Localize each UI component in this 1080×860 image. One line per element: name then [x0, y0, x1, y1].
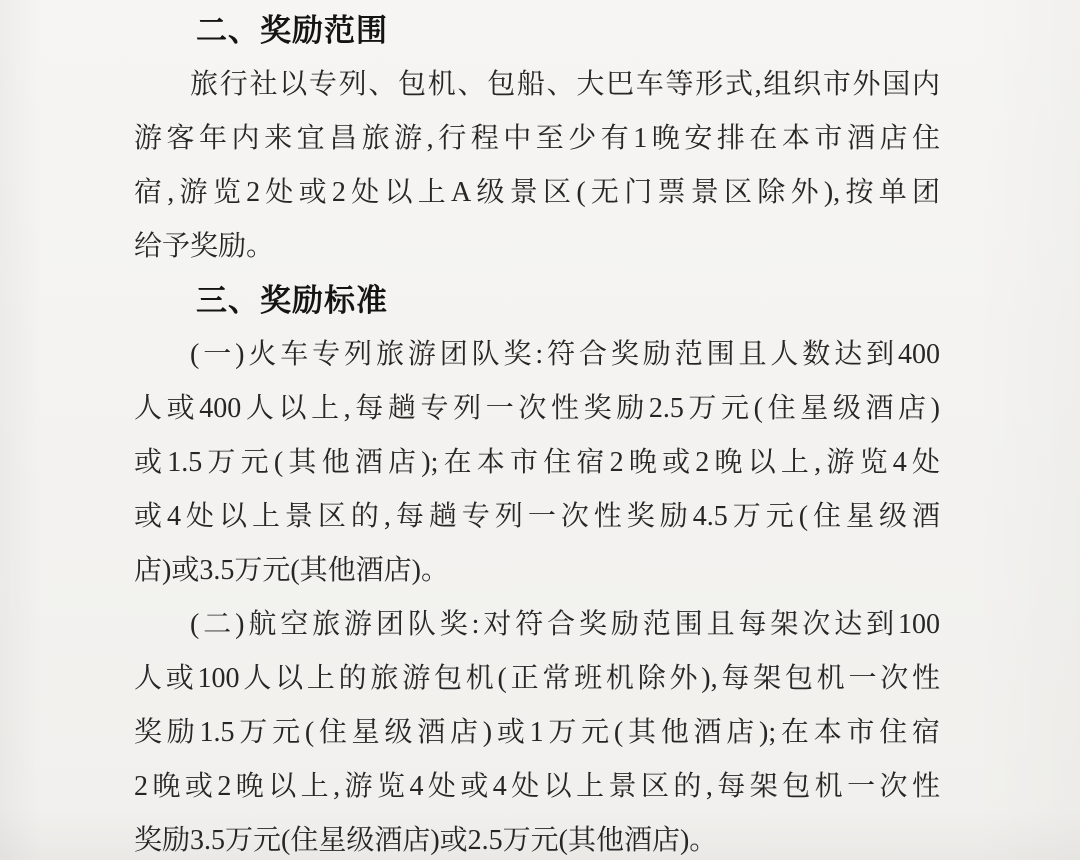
section-heading-reward-standard: 三、奖励标准 — [134, 274, 940, 328]
text-line: (一)火车专列旅游团队奖:符合奖励范围且人数达到400 — [134, 328, 940, 382]
text-line: 奖励3.5万元(住星级酒店)或2.5万元(其他酒店)。 — [134, 814, 940, 860]
text-line: (二)航空旅游团队奖:对符合奖励范围且每架次达到100 — [134, 598, 940, 652]
text-line: 给予奖励。 — [134, 220, 940, 274]
text-line: 宿,游览2处或2处以上A级景区(无门票景区除外),按单团 — [134, 166, 940, 220]
document-page: 二、奖励范围 旅行社以专列、包机、包船、大巴车等形式,组织市外国内 游客年内来宜… — [0, 0, 1080, 860]
text-line: 人或400人以上,每趟专列一次性奖励2.5万元(住星级酒店) — [134, 382, 940, 436]
text-line: 或4处以上景区的,每趟专列一次性奖励4.5万元(住星级酒 — [134, 490, 940, 544]
text-line: 游客年内来宜昌旅游,行程中至少有1晚安排在本市酒店住 — [134, 112, 940, 166]
paragraph-train-reward: (一)火车专列旅游团队奖:符合奖励范围且人数达到400 人或400人以上,每趟专… — [134, 328, 940, 598]
text-line: 或1.5万元(其他酒店);在本市住宿2晚或2晚以上,游览4处 — [134, 436, 940, 490]
document-content: 二、奖励范围 旅行社以专列、包机、包船、大巴车等形式,组织市外国内 游客年内来宜… — [134, 4, 940, 860]
paragraph-reward-scope: 旅行社以专列、包机、包船、大巴车等形式,组织市外国内 游客年内来宜昌旅游,行程中… — [134, 58, 940, 274]
text-line: 旅行社以专列、包机、包船、大巴车等形式,组织市外国内 — [134, 58, 940, 112]
paragraph-air-reward: (二)航空旅游团队奖:对符合奖励范围且每架次达到100 人或100人以上的旅游包… — [134, 598, 940, 860]
text-line: 奖励1.5万元(住星级酒店)或1万元(其他酒店);在本市住宿 — [134, 706, 940, 760]
text-line: 人或100人以上的旅游包机(正常班机除外),每架包机一次性 — [134, 652, 940, 706]
text-line: 2晚或2晚以上,游览4处或4处以上景区的,每架包机一次性 — [134, 760, 940, 814]
section-heading-reward-scope: 二、奖励范围 — [134, 4, 940, 58]
text-line: 店)或3.5万元(其他酒店)。 — [134, 544, 940, 598]
